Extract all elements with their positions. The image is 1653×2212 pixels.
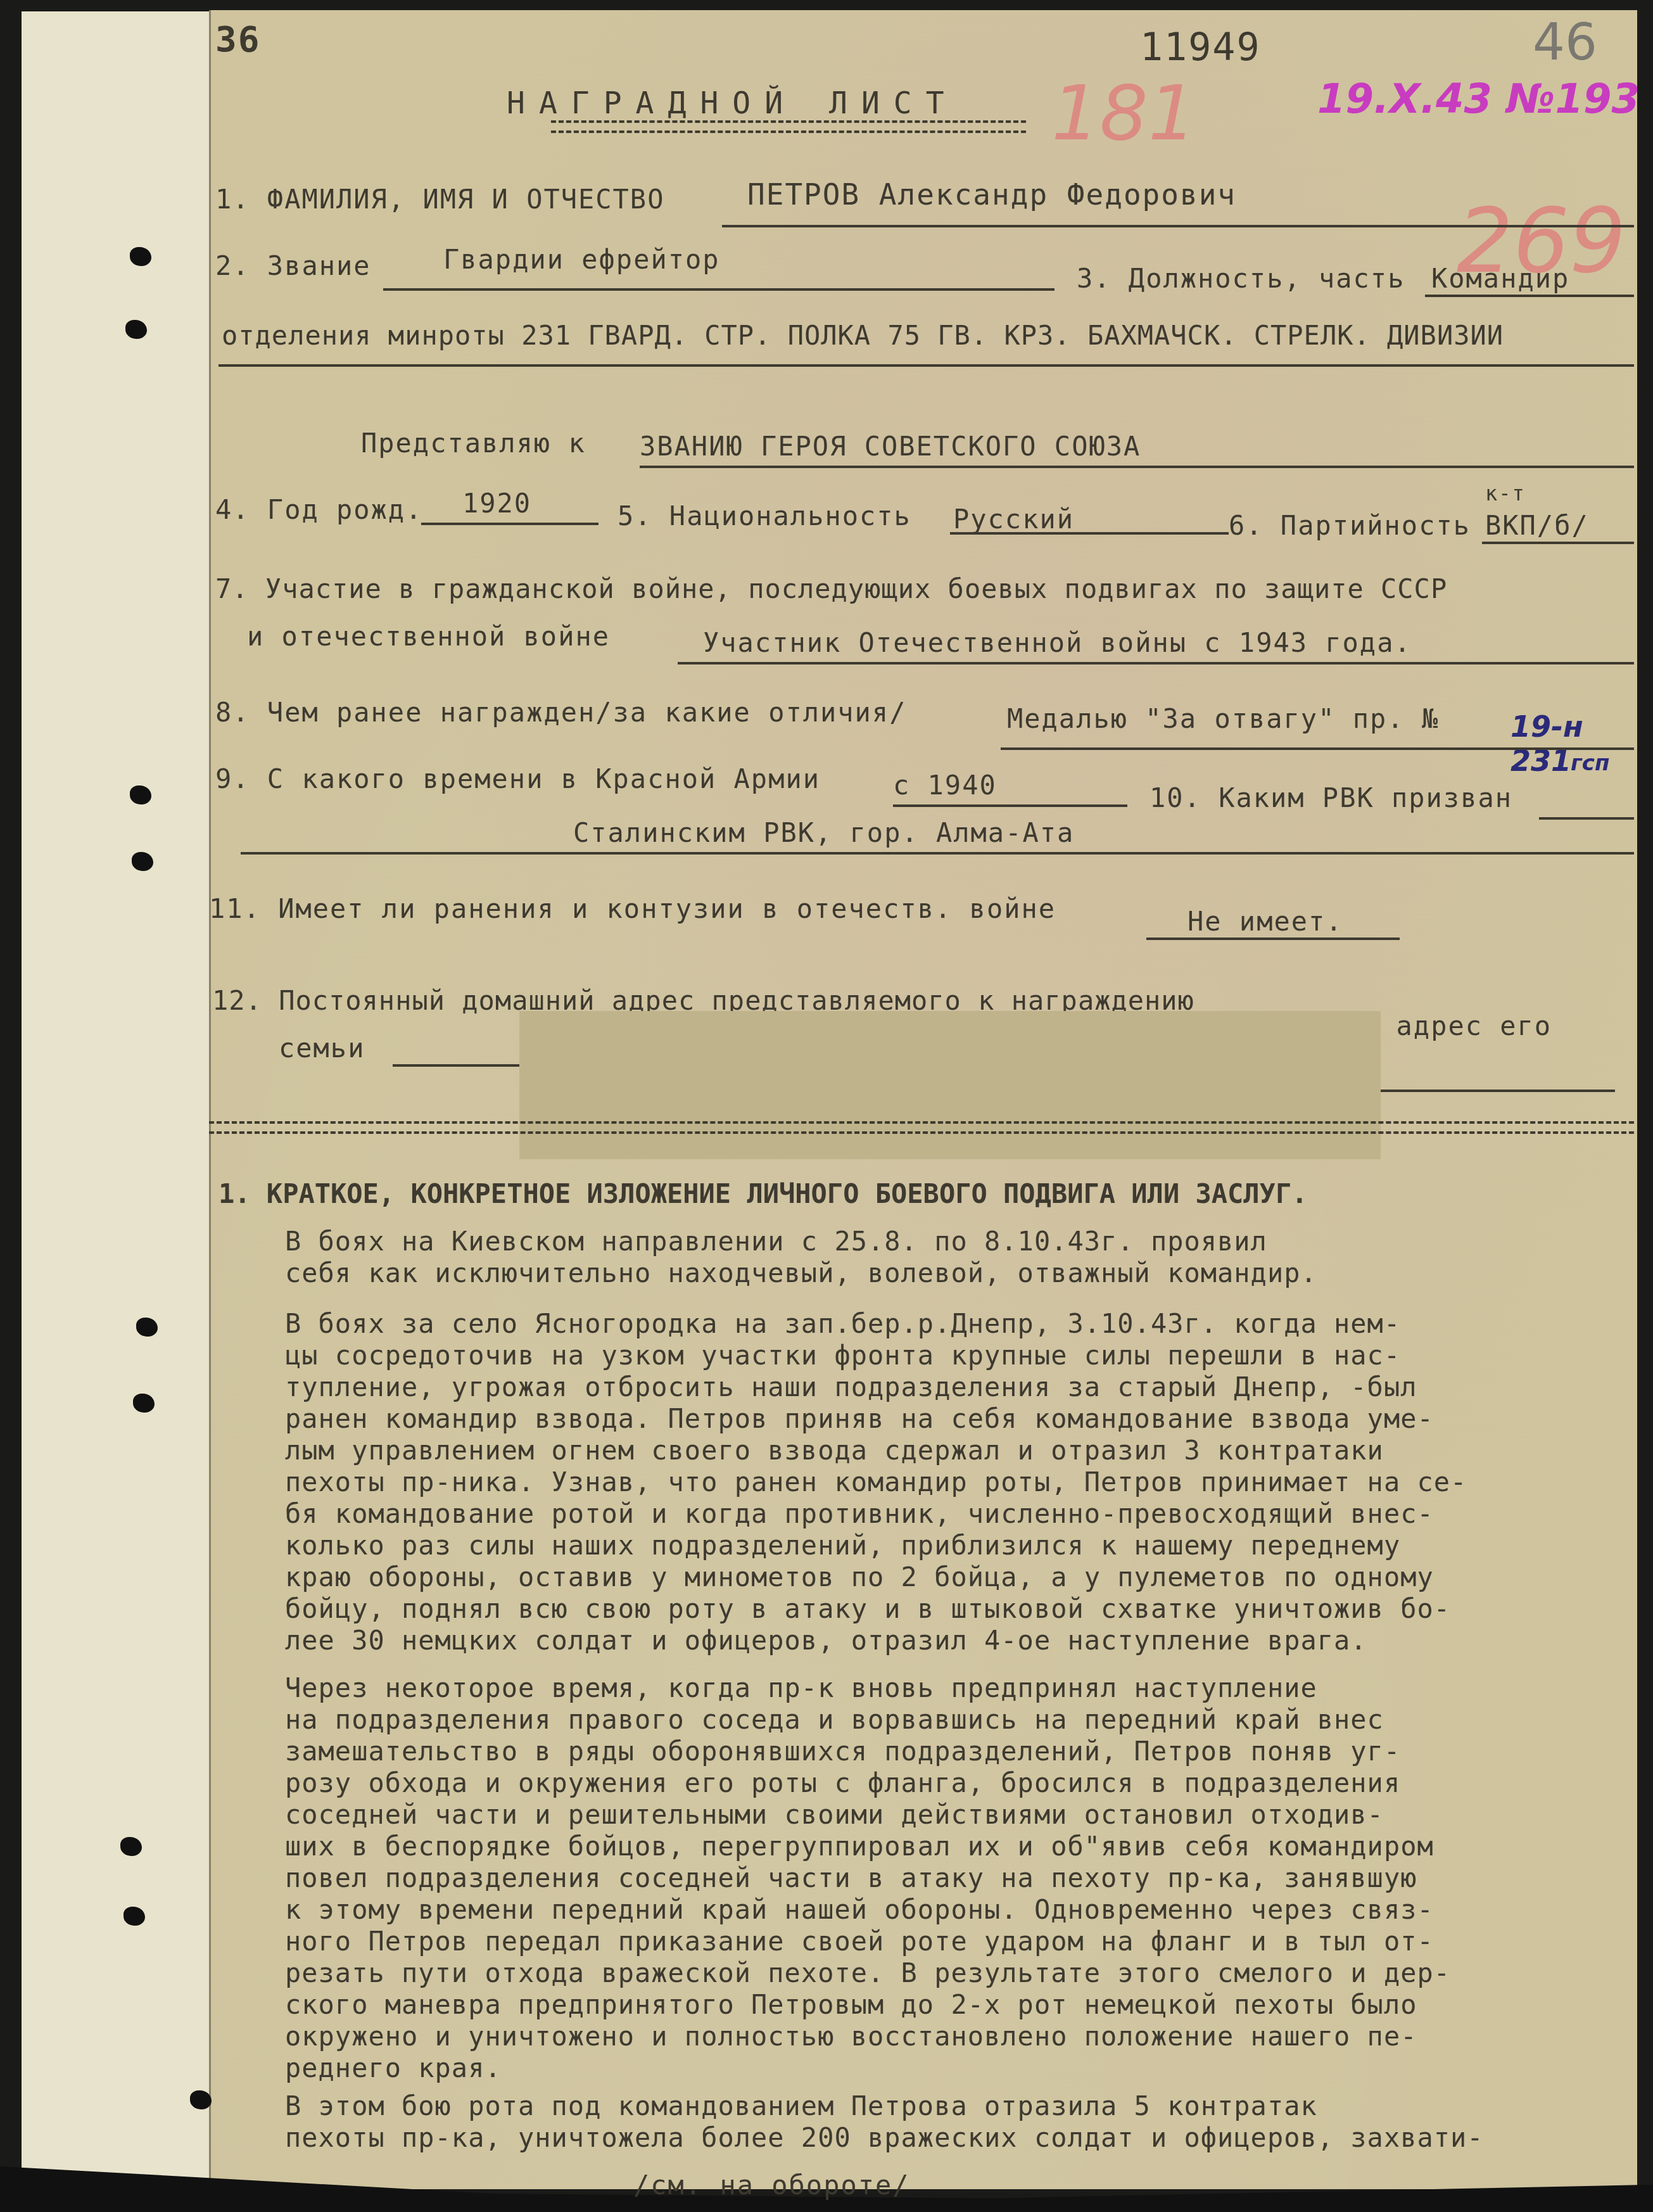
binder-hole bbox=[136, 1318, 158, 1337]
field-3-label: 3. Должность, часть bbox=[1077, 263, 1405, 294]
field-8-value: Медалью "За отвагу" пр. № bbox=[1007, 703, 1439, 734]
field-7-label-1: 7. Участие в гражданской войне, последую… bbox=[215, 573, 1447, 604]
page-title: НАГРАДНОЙ ЛИСТ bbox=[507, 86, 958, 121]
narrative-line: В боях за село Ясногородка на зап.бер.р.… bbox=[285, 1308, 1400, 1339]
field-3-value: Командир bbox=[1431, 263, 1569, 294]
field-10-underline bbox=[1539, 817, 1634, 820]
redacted-address bbox=[519, 1011, 1381, 1159]
field-6-underline bbox=[1482, 542, 1634, 544]
narrative-line: ского маневра предпринятого Петровым до … bbox=[285, 1989, 1417, 2020]
narrative-line: резать пути отхода вражеской пехоте. В р… bbox=[285, 1957, 1450, 1988]
field-4-label: 4. Год рожд. bbox=[215, 494, 422, 525]
nomination-underline bbox=[640, 466, 1634, 468]
narrative-line: замешательство в ряды оборонявшихся подр… bbox=[285, 1736, 1400, 1767]
field-11-value: Не имеет. bbox=[1187, 906, 1343, 937]
narrative-line: краю обороны, оставив у минометов по 2 б… bbox=[285, 1561, 1434, 1592]
binder-hole bbox=[130, 247, 151, 266]
archive-margin-strip bbox=[22, 11, 222, 2212]
page-edge bbox=[209, 10, 211, 2189]
nomination-value: ЗВАНИЮ ГЕРОЯ СОВЕТСКОГО СОЮЗА bbox=[640, 431, 1141, 462]
narrative-line: тупление, угрожая отбросить наши подразд… bbox=[285, 1371, 1417, 1402]
field-3-cont-underline bbox=[218, 364, 1634, 367]
narrative-line: Через некоторое время, когда пр-к вновь … bbox=[285, 1672, 1317, 1703]
field-8-underline bbox=[1001, 747, 1634, 750]
field-11-underline bbox=[1146, 938, 1400, 940]
field-10-value: Сталинским РВК, гор. Алма-Ата bbox=[573, 817, 1074, 848]
field-2-label: 2. Звание bbox=[215, 250, 371, 281]
narrative-line: на подразделения правого соседа и ворвав… bbox=[285, 1704, 1384, 1735]
binder-hole bbox=[123, 1907, 145, 1926]
field-12-underline bbox=[393, 1064, 519, 1067]
nomination-label: Представляю к bbox=[361, 428, 586, 459]
binder-hole bbox=[120, 1837, 142, 1856]
field-3-underline bbox=[1425, 295, 1634, 297]
pencil-page-number: 46 bbox=[1533, 13, 1597, 72]
continued-on-reverse: /см. на обороте/ bbox=[633, 2170, 910, 2201]
field-11-label: 11. Имеет ли ранения и контузии в отечес… bbox=[209, 893, 1056, 924]
narrative-line: ного Петров передал приказание своей рот… bbox=[285, 1926, 1434, 1957]
binder-hole bbox=[130, 785, 151, 804]
field-12-label-right: и адрес его bbox=[1362, 1010, 1552, 1041]
field-2-value: Гвардии ефрейтор bbox=[443, 244, 720, 275]
corner-number: 36 bbox=[215, 19, 260, 60]
narrative-line: пехоты пр-ка, уничтожела более 200 враже… bbox=[285, 2122, 1484, 2153]
narrative-line: ранен командир взвода. Петров приняв на … bbox=[285, 1403, 1434, 1434]
field-5-underline bbox=[950, 532, 1229, 535]
narrative-line: ших в беспорядке бойцов, перегруппировал… bbox=[285, 1831, 1434, 1862]
field-4-value: 1920 bbox=[462, 488, 531, 519]
narrative-line: бя командование ротой и когда противник,… bbox=[285, 1498, 1434, 1529]
field-10-cont-underline bbox=[241, 852, 1634, 855]
field-9-underline bbox=[893, 804, 1127, 807]
field-1-value: ПЕТРОВ Александр Федорович bbox=[747, 177, 1236, 212]
narrative-line: к этому времени передний край нашей обор… bbox=[285, 1894, 1434, 1925]
field-7-label-2: и отечественной войне bbox=[247, 621, 610, 652]
binder-hole bbox=[133, 1394, 155, 1413]
title-underline bbox=[551, 120, 1026, 133]
narrative-line: В этом бою рота под командованием Петров… bbox=[285, 2090, 1317, 2121]
field-8-label: 8. Чем ранее награжден/за какие отличия/ bbox=[215, 697, 906, 728]
narrative-line: пехоты пр-ника. Узнав, что ранен команди… bbox=[285, 1466, 1467, 1497]
narrative-line: В боях на Киевском направлении с 25.8. п… bbox=[285, 1226, 1267, 1257]
narrative-line: окружено и уничтожено и полностью восста… bbox=[285, 2021, 1417, 2052]
narrative-line: цы сосредоточив на узком участки фронта … bbox=[285, 1340, 1400, 1371]
field-2-underline bbox=[383, 288, 1054, 291]
narrative-line: колько раз силы наших подразделений, при… bbox=[285, 1530, 1400, 1561]
narrative-line: соседней части и решительными своими дей… bbox=[285, 1799, 1384, 1830]
field-9-label: 9. С какого времени в Красной Армии bbox=[215, 763, 820, 794]
binder-hole bbox=[132, 852, 153, 871]
red-stamp-number: 181 bbox=[1051, 70, 1196, 158]
field-5-value: Русский bbox=[953, 504, 1074, 535]
field-3-value-cont: отделения минроты 231 ГВАРД. СТР. ПОЛКА … bbox=[222, 320, 1504, 351]
field-7-value: Участник Отечественной войны с 1943 года… bbox=[703, 627, 1412, 658]
field-12-label-2: семьи bbox=[279, 1033, 365, 1064]
field-1-underline bbox=[722, 225, 1634, 227]
narrative-line: повел подразделения соседней части в ата… bbox=[285, 1862, 1417, 1893]
binder-hole bbox=[125, 320, 147, 339]
field-7-underline bbox=[678, 662, 1634, 664]
section-divider bbox=[209, 1121, 1634, 1134]
field-12-underline-right bbox=[1381, 1090, 1615, 1092]
field-6-note: к-т bbox=[1485, 481, 1526, 505]
binder-hole bbox=[190, 2090, 212, 2109]
field-1-label: 1. ФАМИЛИЯ, ИМЯ И ОТЧЕСТВО bbox=[215, 184, 664, 215]
narrative-line: лым управлением огнем своего взвода сдер… bbox=[285, 1435, 1384, 1466]
field-6-value: ВКП/б/ bbox=[1485, 510, 1589, 541]
narrative-line: розу обхода и окружения его роты с фланг… bbox=[285, 1767, 1400, 1798]
narrative-line: реднего края. bbox=[285, 2052, 502, 2083]
sheet-number: 11949 bbox=[1140, 25, 1261, 70]
field-8-handwritten-sub: гсп bbox=[1571, 751, 1609, 776]
narrative-line: лее 30 немцких солдат и офицеров, отрази… bbox=[285, 1625, 1367, 1656]
narrative-line: бойцу, поднял всю свою роту в атаку и в … bbox=[285, 1593, 1450, 1624]
section-heading: 1. КРАТКОЕ, КОНКРЕТНОЕ ИЗЛОЖЕНИЕ ЛИЧНОГО… bbox=[218, 1178, 1307, 1209]
field-4-underline bbox=[421, 523, 598, 525]
field-10-label: 10. Каким РВК призван bbox=[1149, 782, 1512, 813]
field-9-value: с 1940 bbox=[893, 770, 997, 801]
narrative-line: себя как исключительно находчевый, волев… bbox=[285, 1257, 1317, 1288]
field-6-label: 6. Партийность bbox=[1229, 510, 1471, 541]
purple-date-note: 19.X.43 №193 bbox=[1317, 76, 1640, 123]
field-5-label: 5. Национальность bbox=[617, 500, 911, 531]
